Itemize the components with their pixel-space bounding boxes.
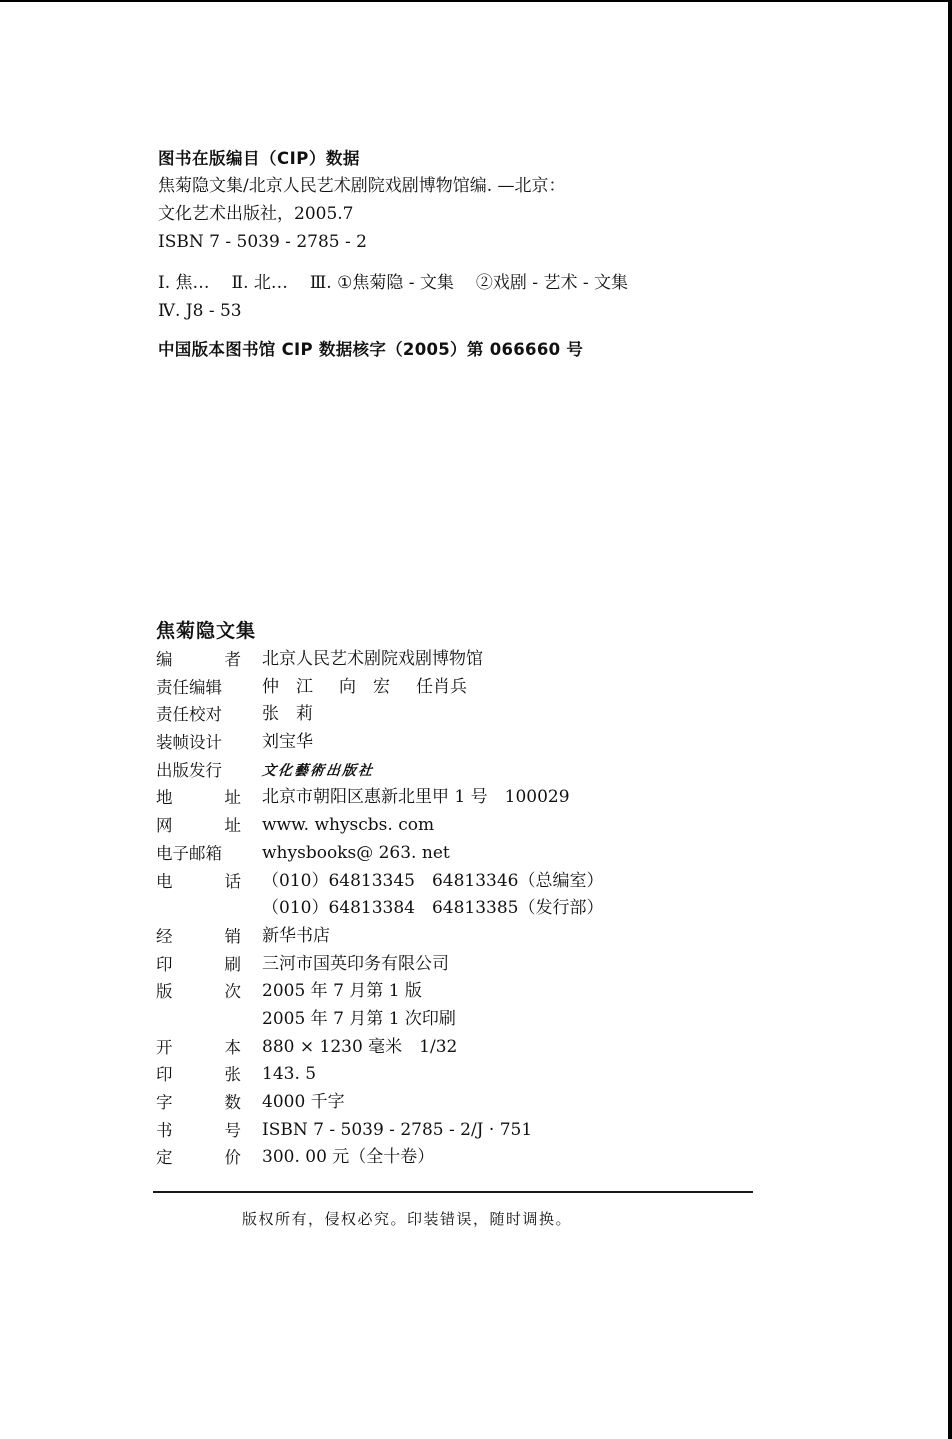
colophon-row-printed-sheets: 印张 143. 5 [156, 1061, 756, 1089]
row-label: 开本 [156, 1034, 241, 1062]
colophon-row-proofreader: 责任校对 张 莉 [156, 701, 756, 729]
row-value: 880 × 1230 毫米 1/32 [262, 1034, 457, 1062]
page-border-right [948, 0, 952, 1439]
colophon-row-cover-design: 装帧设计 刘宝华 [156, 729, 756, 757]
row-label: 定价 [156, 1144, 241, 1172]
colophon-row-word-count: 字数 4000 千字 [156, 1089, 756, 1117]
copyright-notice: 版权所有，侵权必究。印装错误，随时调换。 [242, 1206, 572, 1232]
row-label [156, 895, 241, 923]
row-value: 北京市朝阳区惠新北里甲 1 号 100029 [262, 784, 570, 812]
row-label: 编者 [156, 646, 241, 674]
row-value: 2005 年 7 月第 1 版 [262, 978, 422, 1006]
row-value: 北京人民艺术剧院戏剧博物馆 [262, 646, 483, 674]
cip-isbn: ISBN 7 - 5039 - 2785 - 2 [158, 228, 778, 256]
colophon-row-book-number: 书号 ISBN 7 - 5039 - 2785 - 2/J · 751 [156, 1117, 756, 1145]
row-value: 300. 00 元（全十卷） [262, 1144, 434, 1172]
colophon-row-distributor: 经销 新华书店 [156, 923, 756, 951]
colophon-row-format: 开本 880 × 1230 毫米 1/32 [156, 1034, 756, 1062]
colophon-row-printing: 2005 年 7 月第 1 次印刷 [156, 1006, 756, 1034]
publisher-logo: 文化藝術出版社 [261, 758, 376, 786]
book-title: 焦菊隐文集 [156, 616, 756, 646]
row-label: 地址 [156, 784, 241, 812]
cip-heading: 图书在版编目（CIP）数据 [158, 146, 778, 172]
row-label: 书号 [156, 1117, 241, 1145]
colophon-row-phone-2: （010）64813384 64813385（发行部） [156, 895, 756, 923]
row-label: 网址 [156, 812, 241, 840]
copyright-page: 图书在版编目（CIP）数据 焦菊隐文集/北京人民艺术剧院戏剧博物馆编. —北京：… [0, 0, 948, 1439]
row-value: ISBN 7 - 5039 - 2785 - 2/J · 751 [262, 1117, 532, 1145]
colophon-row-edition: 版次 2005 年 7 月第 1 版 [156, 978, 756, 1006]
cip-subject-3: Ⅲ. ①焦菊隐 - 文集 [310, 269, 454, 297]
cip-library-record: 中国版本图书馆 CIP 数据核字（2005）第 066660 号 [158, 336, 778, 364]
row-value: www. whyscbs. com [262, 812, 434, 840]
row-value: 三河市国英印务有限公司 [262, 951, 449, 979]
row-value: （010）64813384 64813385（发行部） [262, 895, 604, 923]
colophon-block: 焦菊隐文集 编者 北京人民艺术剧院戏剧博物馆 责任编辑 仲 江向 宏任肖兵 责任… [156, 616, 756, 1172]
row-value: 仲 江向 宏任肖兵 [262, 674, 467, 702]
row-value: （010）64813345 64813346（总编室） [262, 868, 604, 896]
colophon-row-responsible-editors: 责任编辑 仲 江向 宏任肖兵 [156, 674, 756, 702]
row-label: 经销 [156, 923, 241, 951]
colophon-row-price: 定价 300. 00 元（全十卷） [156, 1144, 756, 1172]
separator-rule [153, 1191, 753, 1193]
row-value: 4000 千字 [262, 1089, 345, 1117]
cip-subject-1: Ⅰ. 焦… [158, 269, 210, 297]
row-value: 刘宝华 [262, 729, 313, 757]
cip-subject-4: ②戏剧 - 艺术 - 文集 [476, 269, 628, 297]
colophon-row-address: 地址 北京市朝阳区惠新北里甲 1 号 100029 [156, 784, 756, 812]
row-value: 新华书店 [262, 923, 330, 951]
cip-subject-2: Ⅱ. 北… [232, 269, 288, 297]
row-label: 责任校对 [156, 701, 241, 729]
row-value: whysbooks@ 263. net [262, 840, 450, 868]
cip-citation-line-2: 文化艺术出版社，2005.7 [158, 200, 778, 228]
colophon-row-website: 网址 www. whyscbs. com [156, 812, 756, 840]
cip-classification: Ⅳ. J8 - 53 [158, 297, 778, 325]
cip-data-block: 图书在版编目（CIP）数据 焦菊隐文集/北京人民艺术剧院戏剧博物馆编. —北京：… [158, 146, 778, 364]
row-label: 印张 [156, 1061, 241, 1089]
row-label [156, 1006, 241, 1034]
cip-citation-line-1: 焦菊隐文集/北京人民艺术剧院戏剧博物馆编. —北京： [158, 172, 778, 200]
colophon-row-publisher: 出版发行 文化藝術出版社 [156, 757, 756, 785]
row-label: 装帧设计 [156, 729, 241, 757]
row-label: 出版发行 [156, 757, 241, 785]
row-label: 版次 [156, 978, 241, 1006]
row-label: 电子邮箱 [156, 840, 241, 868]
colophon-row-phone: 电话 （010）64813345 64813346（总编室） [156, 868, 756, 896]
row-label: 印刷 [156, 951, 241, 979]
colophon-row-printer: 印刷 三河市国英印务有限公司 [156, 951, 756, 979]
row-value: 张 莉 [262, 701, 313, 729]
cip-subjects: Ⅰ. 焦…Ⅱ. 北…Ⅲ. ①焦菊隐 - 文集②戏剧 - 艺术 - 文集 [158, 269, 778, 297]
colophon-row-editor: 编者 北京人民艺术剧院戏剧博物馆 [156, 646, 756, 674]
row-value: 文化藝術出版社 [262, 757, 374, 785]
colophon-row-email: 电子邮箱 whysbooks@ 263. net [156, 840, 756, 868]
row-value: 2005 年 7 月第 1 次印刷 [262, 1006, 456, 1034]
row-value: 143. 5 [262, 1061, 316, 1089]
row-label: 字数 [156, 1089, 241, 1117]
row-label: 电话 [156, 868, 241, 896]
row-label: 责任编辑 [156, 674, 241, 702]
